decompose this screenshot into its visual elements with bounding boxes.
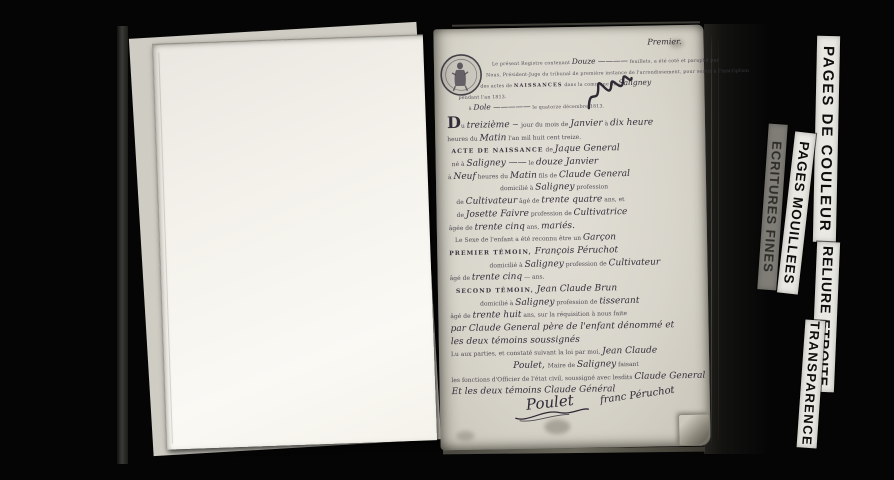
aging-stain — [544, 419, 570, 434]
register-header: Le présent Registre contenant Douze ————… — [446, 51, 697, 110]
page-edge-line — [711, 36, 712, 444]
blank-left-page — [152, 34, 437, 449]
book-page-stack-edge — [704, 24, 766, 454]
officer-signature: Poulet — [525, 391, 575, 414]
page-edge-line — [718, 36, 719, 444]
act-body: Du treizième ‒ jour du mois de Janvier à… — [447, 113, 706, 397]
page-corner-curl — [679, 415, 710, 446]
aging-stain — [456, 431, 474, 441]
cover-edge-sliver — [117, 26, 128, 464]
act-line: les fonctions d'Officier de l'état civil… — [451, 366, 705, 383]
condition-label-pages-de-couleur: PAGES DE COULEUR — [813, 36, 840, 242]
aging-stain — [670, 39, 684, 48]
register-page: Premier. Le présent Registre contenant D… — [433, 25, 710, 451]
archival-scan: Premier. Le présent Registre contenant D… — [0, 0, 894, 480]
